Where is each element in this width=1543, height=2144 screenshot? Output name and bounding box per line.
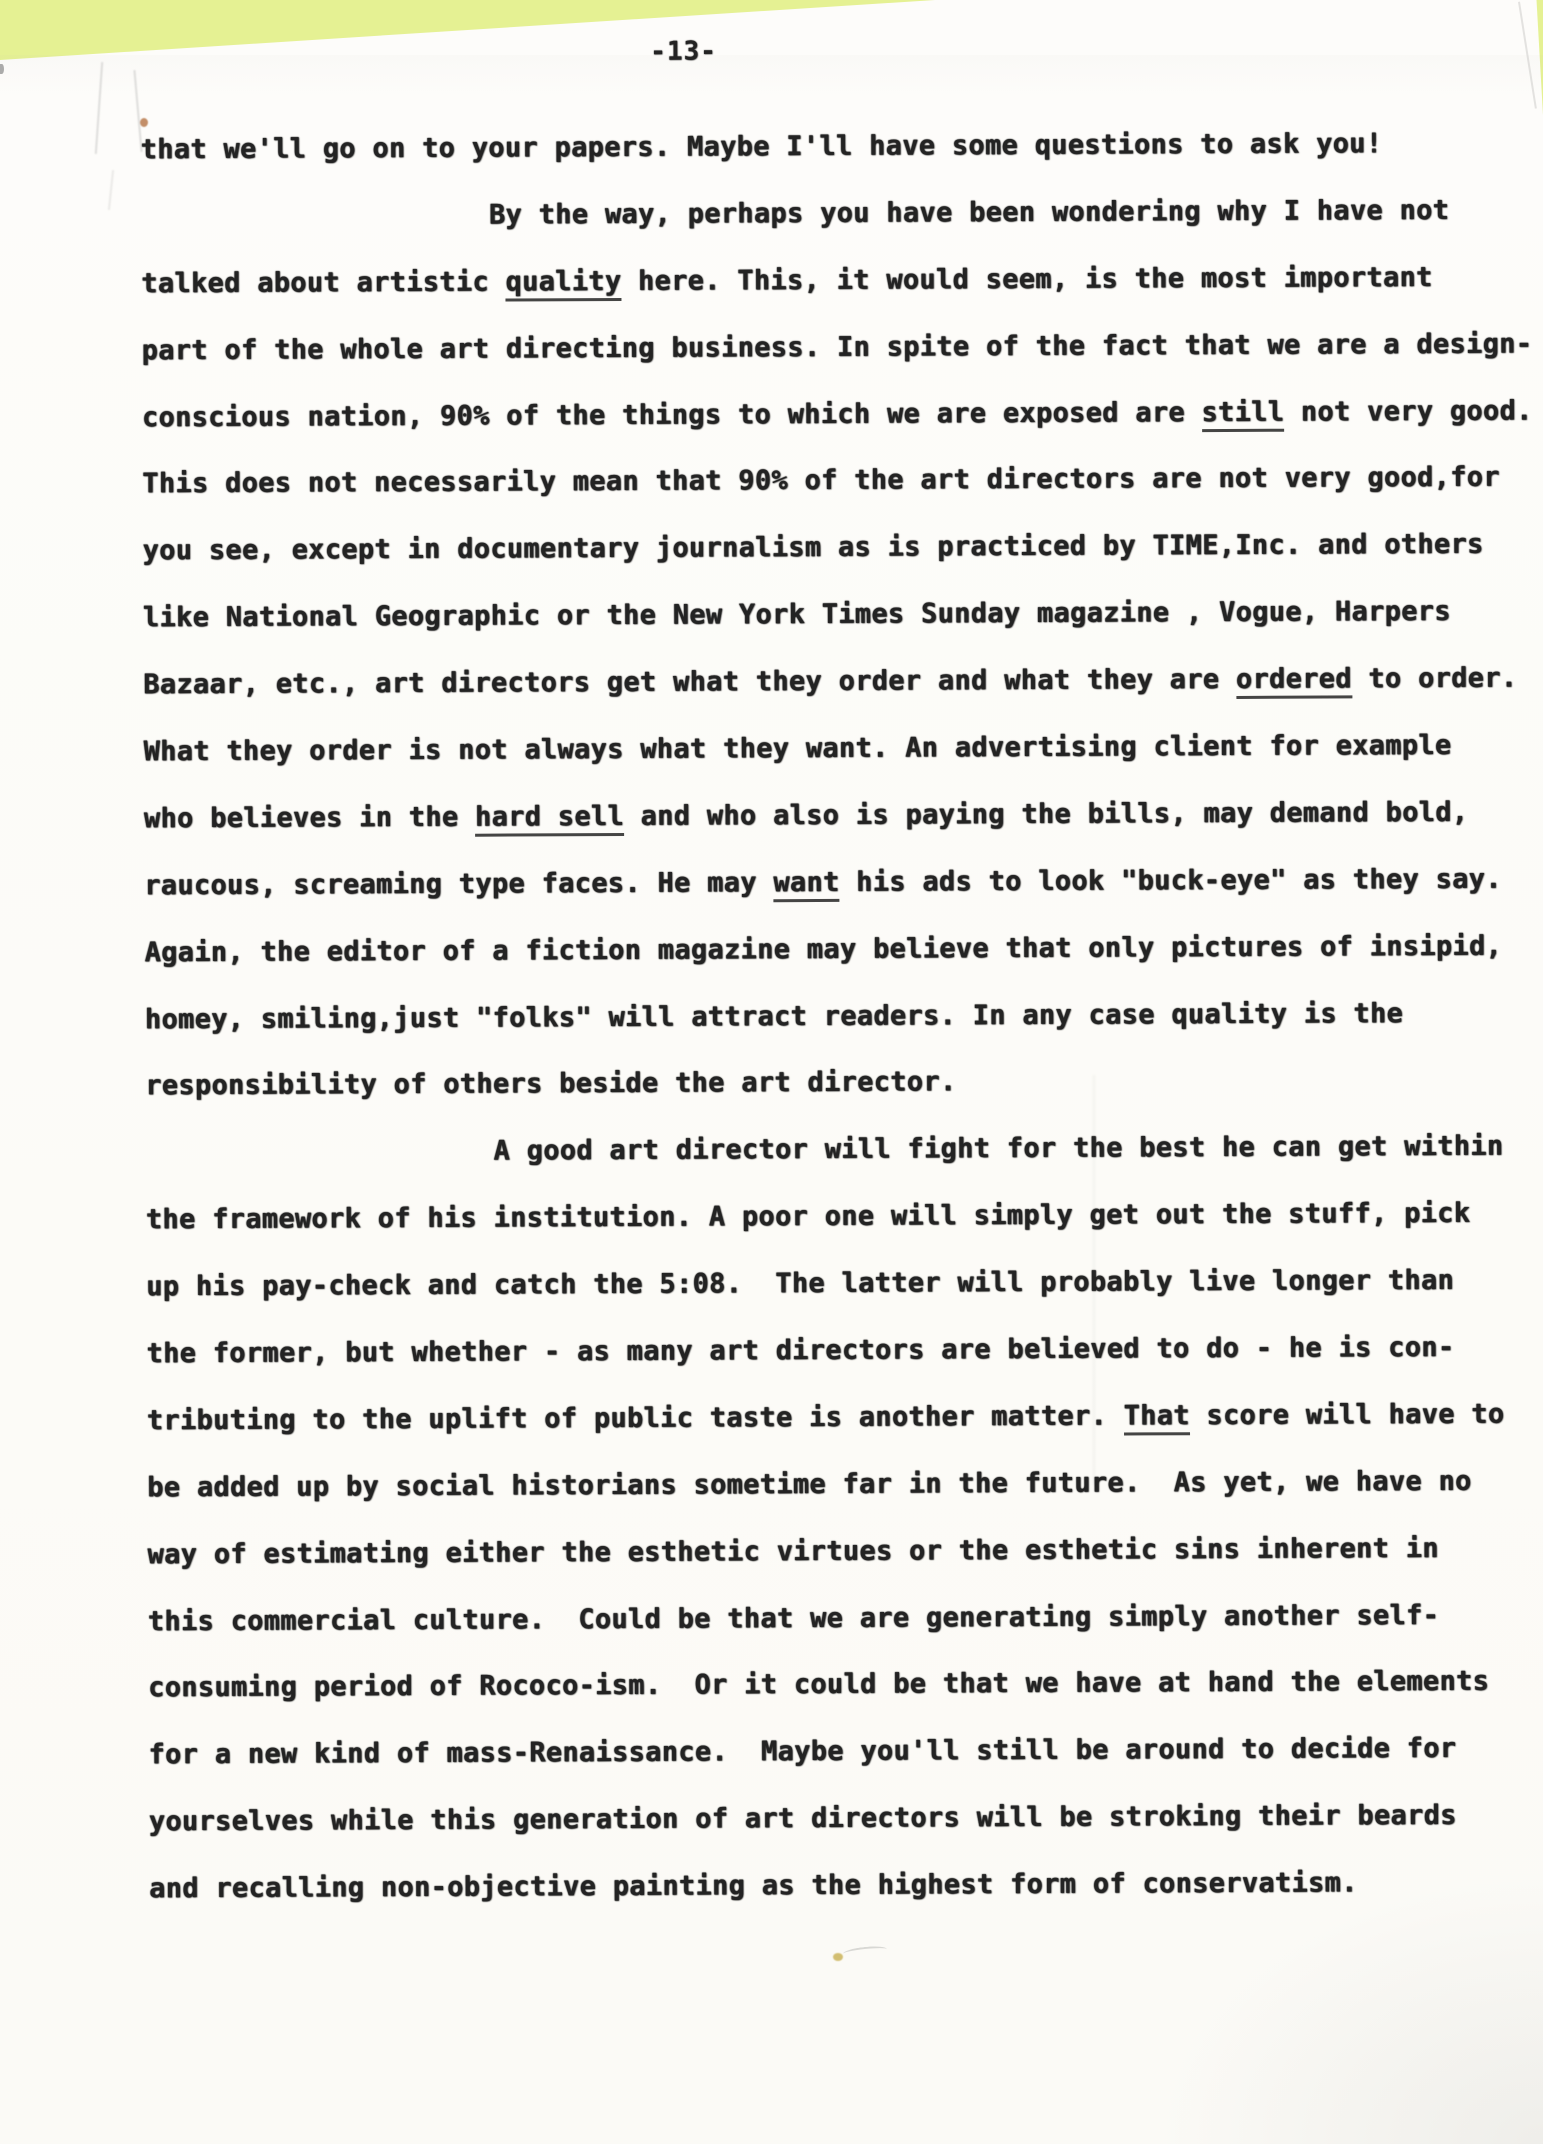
text-segment: here. This, it would seem, is the most i… — [621, 262, 1432, 297]
text-line: that we'll go on to your papers. Maybe I… — [141, 124, 1543, 198]
text-line: be added up by social historians sometim… — [147, 1462, 1543, 1536]
text-line: responsibility of others beside the art … — [145, 1061, 1543, 1135]
text-segment: for a new kind of mass-Renaissance. Mayb… — [149, 1733, 1457, 1770]
underlined-text: want — [773, 867, 839, 902]
text-segment: raucous, screaming type faces. He may — [144, 867, 773, 901]
text-segment: A good art director will fight for the b… — [494, 1131, 1504, 1167]
text-segment: tributing to the uplift of public taste … — [147, 1400, 1124, 1436]
underlined-text: hard sell — [475, 801, 624, 837]
page-number: -13- — [650, 36, 717, 66]
underlined-text: ordered — [1236, 664, 1352, 700]
text-line: A good art director will fight for the b… — [146, 1128, 1543, 1202]
fold-crease — [1093, 1075, 1095, 1485]
underlined-text: That — [1124, 1400, 1190, 1435]
text-line: up his pay-check and catch the 5:08. The… — [146, 1262, 1543, 1336]
text-line: Bazaar, etc., art directors get what the… — [143, 659, 1543, 733]
text-line: this commercial culture. Could be that w… — [148, 1596, 1543, 1670]
text-segment: be added up by social historians sometim… — [147, 1466, 1472, 1503]
text-segment: the former, but whether - as many art di… — [147, 1332, 1455, 1369]
stain-speck — [140, 118, 148, 127]
text-line: for a new kind of mass-Renaissance. Mayb… — [148, 1730, 1543, 1804]
text-line: raucous, screaming type faces. He may wa… — [144, 860, 1543, 934]
text-line: What they order is not always what they … — [144, 726, 1543, 800]
text-segment: and who also is paying the bills, may de… — [624, 797, 1468, 832]
text-line: you see, except in documentary journalis… — [143, 526, 1543, 600]
text-line: the framework of his institution. A poor… — [146, 1195, 1543, 1269]
text-segment: talked about artistic — [141, 266, 505, 299]
text-segment: By the way, perhaps you have been wonder… — [489, 195, 1449, 231]
text-segment: who believes in the — [144, 802, 475, 835]
text-line: consuming period of Rococo-ism. Or it co… — [148, 1663, 1543, 1737]
typescript: -13- that we'll go on to your papers. Ma… — [0, 0, 1543, 2144]
text-segment: consuming period of Rococo-ism. Or it co… — [148, 1666, 1489, 1704]
text-line: conscious nation, 90% of the things to w… — [142, 392, 1543, 466]
text-line: way of estimating either the esthetic vi… — [148, 1529, 1543, 1603]
text-segment: the framework of his institution. A poor… — [146, 1198, 1471, 1235]
text-line: who believes in the hard sell and who al… — [144, 793, 1543, 867]
underlined-text: quality — [506, 266, 622, 302]
text-segment: like National Geographic or the New York… — [143, 596, 1451, 633]
text-segment: not very good. — [1284, 395, 1532, 427]
text-line: Again, the editor of a fiction magazine … — [145, 927, 1543, 1001]
text-segment: that we'll go on to your papers. Maybe I… — [141, 128, 1383, 165]
text-segment: responsibility of others beside the art … — [145, 1067, 956, 1102]
text-segment: This does not necessarily mean that 90% … — [142, 462, 1500, 500]
text-segment: this commercial culture. Could be that w… — [148, 1600, 1439, 1637]
text-segment: yourselves while this generation of art … — [149, 1800, 1457, 1837]
scanned-page: -13- that we'll go on to your papers. Ma… — [0, 0, 1543, 2144]
text-segment: part of the whole art directing business… — [142, 328, 1533, 366]
scan-mottling — [1123, 1844, 1543, 2144]
text-line: This does not necessarily mean that 90% … — [142, 459, 1543, 533]
text-line: By the way, perhaps you have been wonder… — [141, 191, 1543, 265]
text-segment: to order. — [1352, 663, 1518, 695]
edge-mark — [0, 64, 4, 74]
typescript-lines: that we'll go on to your papers. Maybe I… — [141, 124, 1543, 1937]
text-line: homey, smiling,just "folks" will attract… — [145, 994, 1543, 1068]
underlined-text: still — [1201, 396, 1284, 431]
text-segment: you see, except in documentary journalis… — [143, 529, 1484, 567]
stain-speck — [833, 1953, 843, 1961]
text-segment: his ads to look "buck-eye" as they say. — [840, 863, 1502, 897]
text-line: the former, but whether - as many art di… — [147, 1328, 1543, 1402]
text-segment: up his pay-check and catch the 5:08. The… — [146, 1265, 1454, 1302]
text-segment: What they order is not always what they … — [144, 730, 1452, 767]
text-segment: homey, smiling,just "folks" will attract… — [145, 998, 1403, 1035]
text-line: talked about artistic quality here. This… — [141, 258, 1543, 332]
text-segment: conscious nation, 90% of the things to w… — [142, 397, 1202, 433]
text-line: part of the whole art directing business… — [142, 325, 1543, 399]
text-segment: Again, the editor of a fiction magazine … — [145, 930, 1503, 968]
text-segment: score will have to — [1190, 1399, 1505, 1432]
text-segment: way of estimating either the esthetic vi… — [148, 1533, 1439, 1570]
text-line: like National Geographic or the New York… — [143, 593, 1543, 667]
text-segment: Bazaar, etc., art directors get what the… — [143, 664, 1236, 700]
text-line: tributing to the uplift of public taste … — [147, 1395, 1543, 1469]
